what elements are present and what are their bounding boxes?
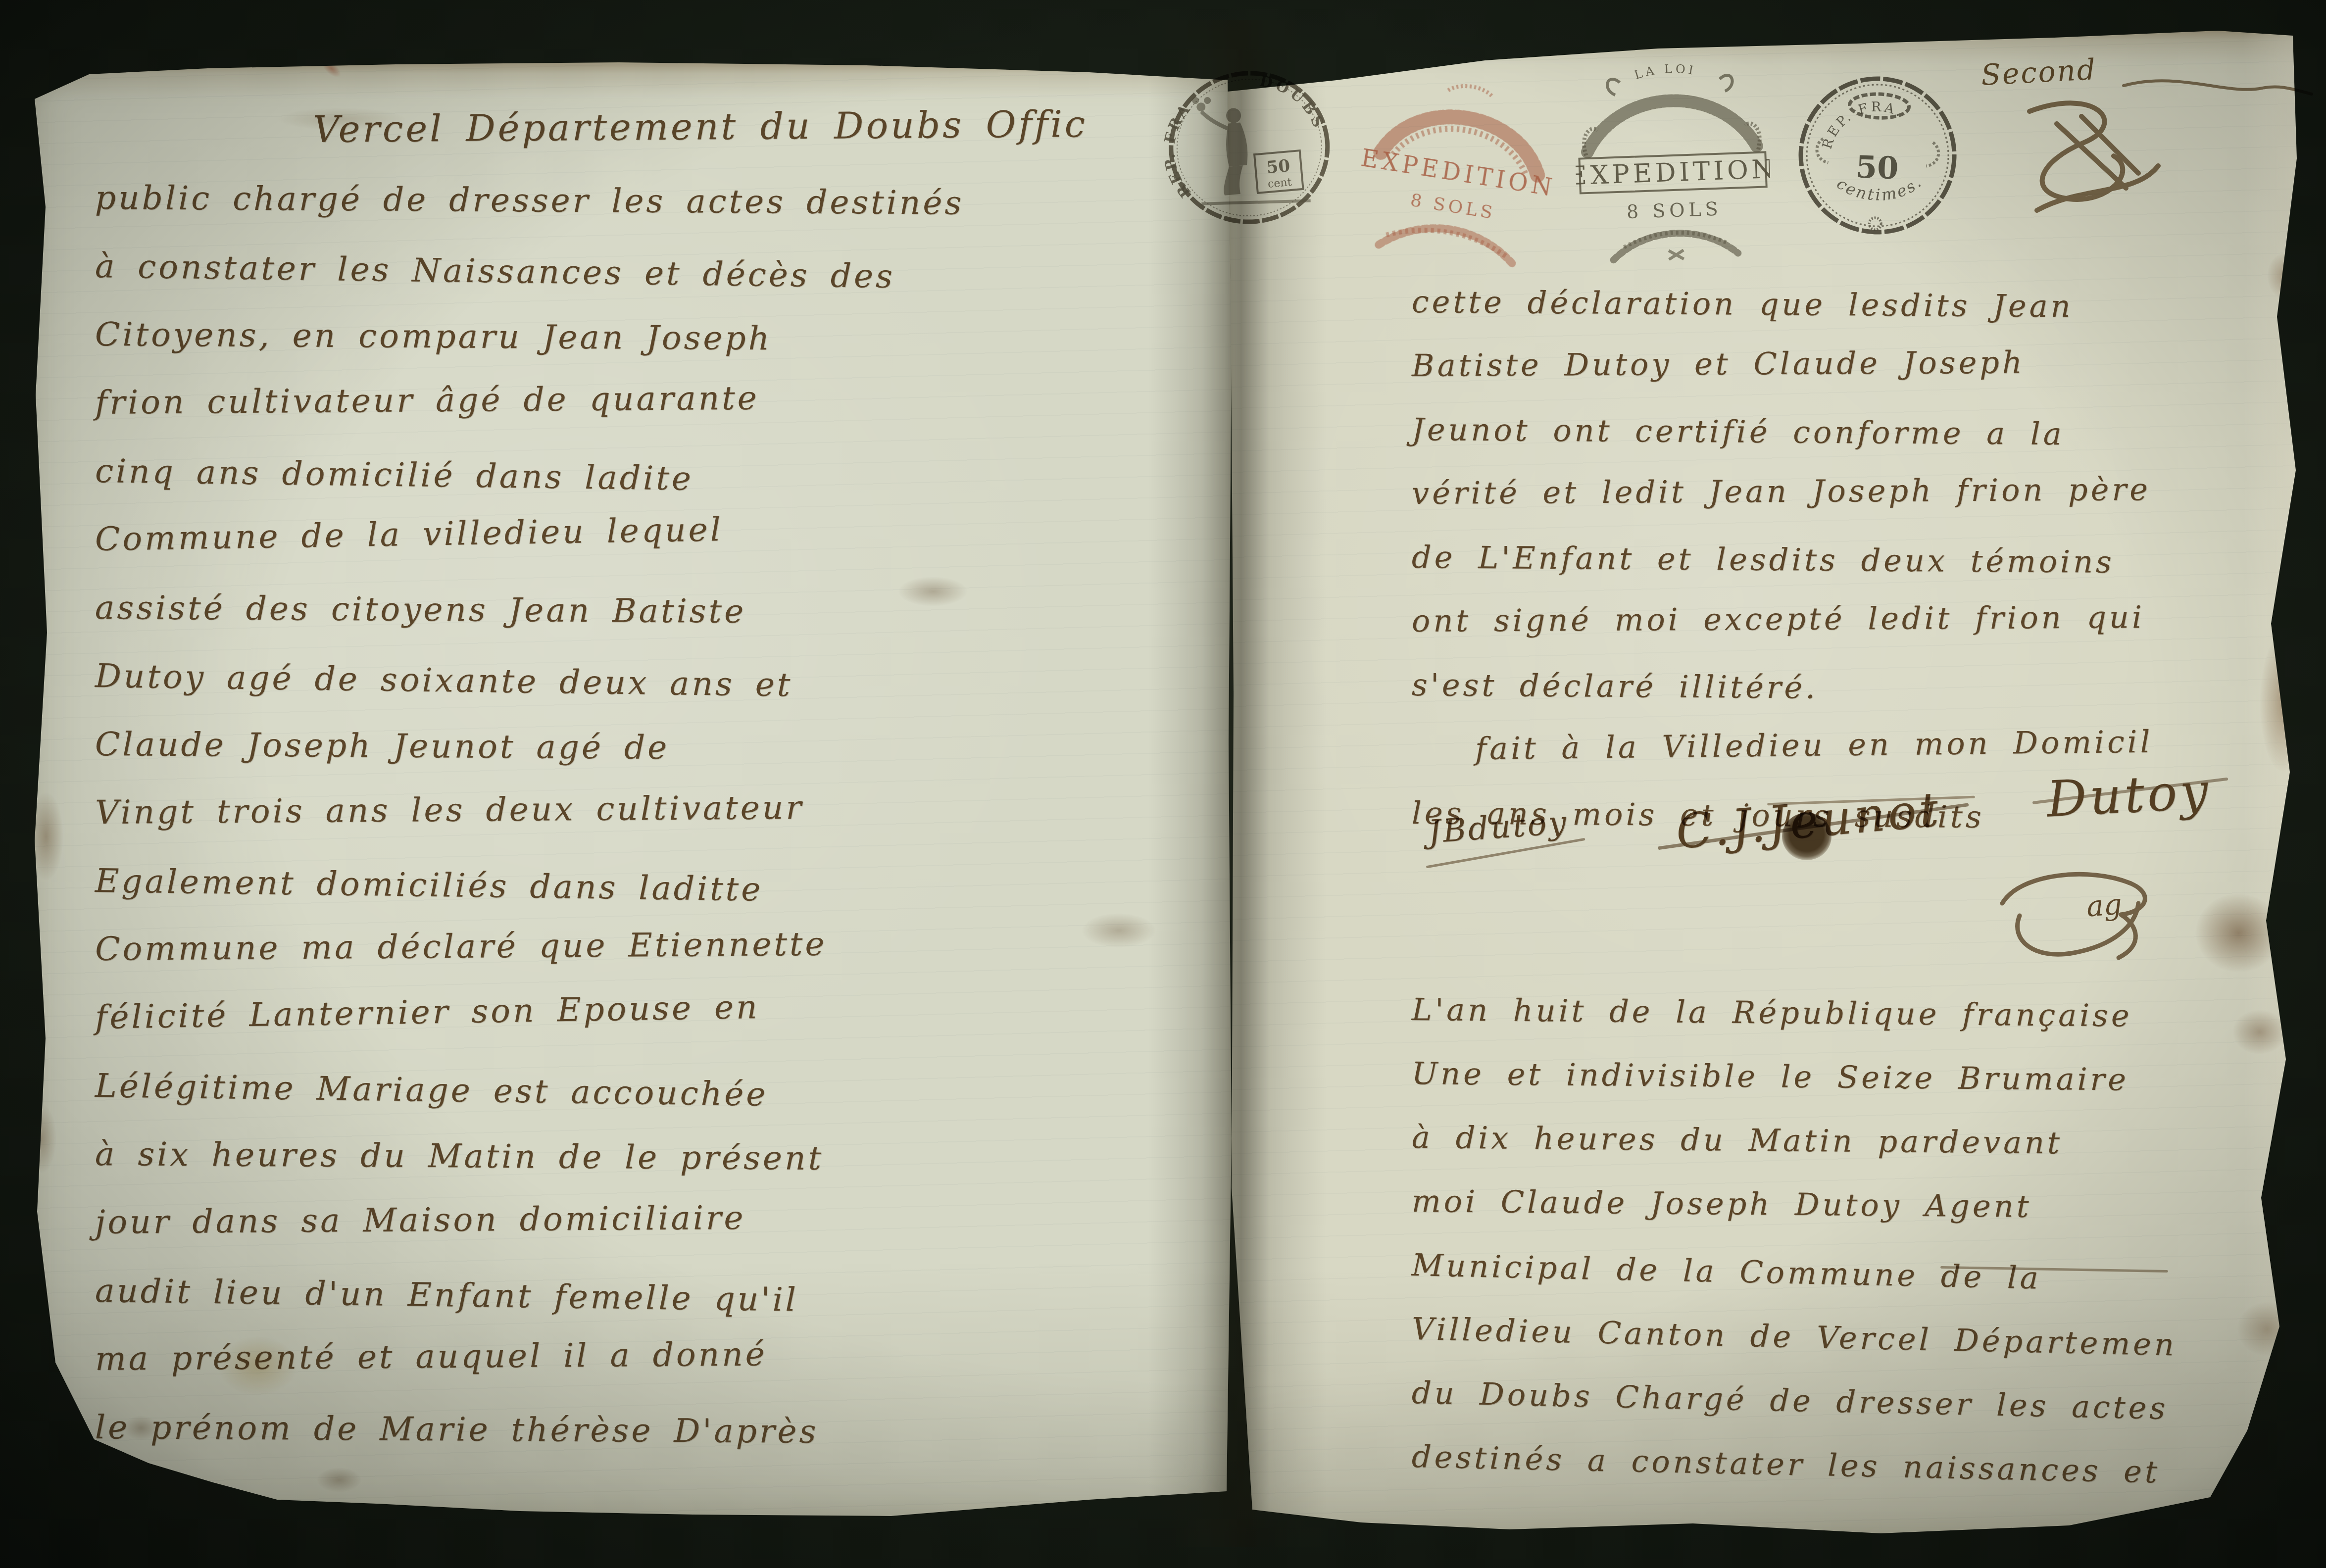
stamp-doubs-50cent: REP. FRA DOUBS 50 cent [1155,56,1344,241]
stamp-price: 8 SOLS [1409,190,1496,224]
manuscript-line: L'an huit de la République française [1411,978,2303,1049]
manuscript-line: Vercel Département du Doubs Offic [313,89,1234,164]
stain [27,1104,56,1173]
scanned-manuscript-spread: Vercel Département du Doubs Offic public… [0,0,2326,1568]
manuscript-line: public chargé de dresser les actes desti… [95,164,1234,239]
manuscript-line: Batiste Dutoy et Claude Joseph [1412,329,2303,397]
stain [317,1468,361,1492]
page-number-annotation: Second [1980,52,2097,92]
svg-text:LA LOI: LA LOI [1633,61,1698,83]
stamp-price: 8 SOLS [1626,198,1722,223]
stamp-50-centimes-round: REP. FRA. 50 centimes. [1789,55,1966,256]
manuscript-line: Une et indivisible le Seize Brumaire [1411,1041,2303,1113]
stamp-banner-text: EXPEDITION [1571,154,1773,192]
stamp-top-text: LA LOI [1633,61,1698,83]
stamp-expedition-red: EXPEDITION 8 SOLS [1346,45,1572,288]
red-pigment-mark [315,53,347,84]
paraph-flourish-icon [2007,94,2171,213]
left-page: Vercel Département du Doubs Offic public… [26,58,1234,1523]
manuscript-line: à dix heures du Matin pardevant [1411,1105,2303,1177]
right-page-text-next-act: L'an huit de la République française Une… [1412,978,2303,1488]
manuscript-line: frion cultivateur âgé de quarante [95,361,1234,437]
manuscript-line: Vingt trois ans les deux cultivateur [95,771,1234,847]
paraph-flourish-icon [1990,856,2158,980]
svg-text:DOUBS: DOUBS [1257,67,1329,137]
stamp-value: 50 [1855,149,1899,187]
manuscript-line: vérité et ledit Jean Joseph frion père [1412,457,2303,525]
manuscript-line: ont signé moi excepté ledit frion qui [1412,585,2303,653]
signature-note: ag [2085,887,2123,924]
stamp-expedition-wreath: LA LOI EXPEDITION 8 SOLS [1571,29,1773,270]
ink-blot [1782,813,1831,860]
svg-text:REP. FRA.: REP. FRA. [1819,98,1907,153]
manuscript-line: ma présenté et auquel il a donné [95,1317,1234,1393]
manuscript-line: assisté des citoyens Jean Batiste [95,574,1234,649]
stamp-arc-text: REP. FRA. [1819,98,1907,153]
manuscript-line: le prénom de Marie thérèse D'après [95,1393,1234,1469]
seated-liberty-icon [1192,88,1311,210]
right-page-text-closing: cette déclaration que lesdits Jean Batis… [1412,270,2303,717]
stain [29,792,63,881]
manuscript-line: jour dans sa Maison domiciliaire [95,1180,1234,1257]
stamp-unit: cent [1267,176,1292,191]
manuscript-line: moi Claude Joseph Dutoy Agent [1411,1169,2303,1241]
stamp-value: 50 [1266,156,1291,178]
stain [2195,893,2282,973]
stamp-arc-text: DOUBS [1257,67,1329,137]
left-page-text: Vercel Département du Doubs Offic public… [95,96,1234,1462]
signature-dutoy: Dutoy [2045,762,2212,828]
